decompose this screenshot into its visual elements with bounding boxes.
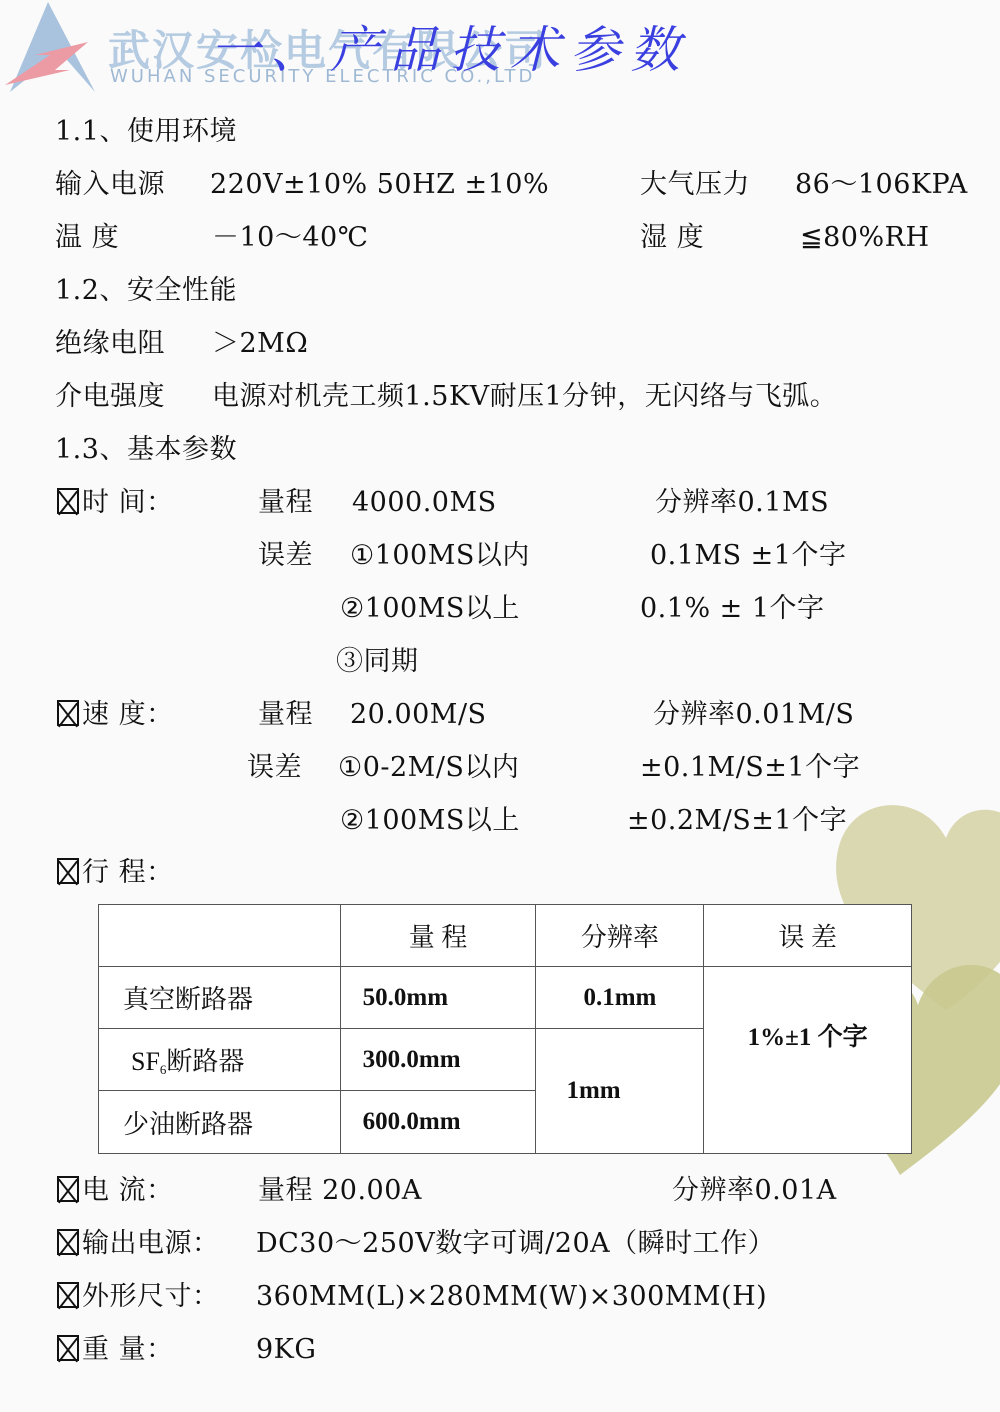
temperature-value: －10～40℃ xyxy=(212,223,368,253)
checkbox-checked-icon xyxy=(57,1176,79,1202)
breaker-type-cell: SF6断路器 xyxy=(99,1029,341,1091)
speed-error-cond-1: ①0-2M/S以内 xyxy=(338,753,519,783)
dimensions-param: 外形尺寸： xyxy=(57,1282,220,1312)
checkbox-checked-icon xyxy=(57,1282,79,1308)
page-title: 一、产品技术参数 xyxy=(210,10,690,82)
checkbox-checked-icon xyxy=(57,1335,79,1361)
input-power-value: 220V±10% 50HZ ±10% xyxy=(210,170,549,200)
time-resolution: 分辨率0.1MS xyxy=(655,488,829,518)
temperature-label: 温 度 xyxy=(55,223,119,253)
speed-error-value-1: ±0.1M/S±1个字 xyxy=(640,753,860,783)
dielectric-value: 电源对机壳工频1.5KV耐压1分钟，无闪络与飞弧。 xyxy=(212,382,837,412)
table-row: 真空断路器 50.0mm 0.1mm 1%±1 个字 xyxy=(99,967,912,1029)
time-range-value: 4000.0MS xyxy=(352,488,497,518)
speed-param: 速 度： xyxy=(57,700,174,730)
table-header-cell: 分辨率 xyxy=(536,905,704,967)
dimensions-value: 360MM(L)×280MM(W)×300MM(H) xyxy=(256,1282,767,1312)
checkbox-checked-icon xyxy=(57,1229,79,1255)
range-cell: 600.0mm xyxy=(340,1091,536,1154)
range-cell: 50.0mm xyxy=(340,967,536,1029)
range-cell: 300.0mm xyxy=(340,1029,536,1091)
time-error-value-2: 0.1% ± 1个字 xyxy=(640,594,825,624)
speed-error-label: 误差 xyxy=(247,753,302,783)
travel-param: 行 程： xyxy=(57,858,174,888)
table-header-cell: 量 程 xyxy=(340,905,536,967)
speed-range-value: 20.00M/S xyxy=(350,700,487,730)
speed-label: 速 度： xyxy=(82,699,174,730)
section-heading-safety: 1.2、安全性能 xyxy=(55,276,237,306)
current-label: 电 流： xyxy=(82,1175,174,1206)
table-header-row: 量 程 分辨率 误 差 xyxy=(99,905,912,967)
travel-label: 行 程： xyxy=(82,857,174,888)
checkbox-checked-icon xyxy=(57,858,79,884)
company-logo-icon xyxy=(0,0,110,100)
speed-error-value-2: ±0.2M/S±1个字 xyxy=(627,806,847,836)
resolution-cell: 0.1mm xyxy=(536,967,704,1029)
time-error-cond-1: ①100MS以内 xyxy=(350,541,530,571)
current-resolution: 分辨率0.01A xyxy=(672,1176,837,1206)
speed-range-label: 量程 xyxy=(258,700,313,730)
error-cell-merged: 1%±1 个字 xyxy=(704,967,912,1154)
table-header-cell: 误 差 xyxy=(704,905,912,967)
insulation-value: ＞2MΩ xyxy=(212,329,308,359)
output-power-label: 输出电源： xyxy=(82,1228,220,1259)
weight-value: 9KG xyxy=(256,1335,316,1365)
pressure-label: 大气压力 xyxy=(640,170,750,200)
humidity-label: 湿 度 xyxy=(640,223,704,253)
breaker-type-cell: 真空断路器 xyxy=(99,967,341,1029)
time-label: 时 间： xyxy=(82,487,174,518)
speed-error-cond-2: ②100MS以上 xyxy=(340,806,520,836)
insulation-label: 绝缘电阻 xyxy=(55,329,165,359)
time-error-cond-2: ②100MS以上 xyxy=(340,594,520,624)
speed-resolution: 分辨率0.01M/S xyxy=(653,700,854,730)
output-power-value: DC30～250V数字可调/20A（瞬时工作） xyxy=(256,1229,775,1259)
breaker-type-cell: 少油断路器 xyxy=(99,1091,341,1154)
travel-spec-table: 量 程 分辨率 误 差 真空断路器 50.0mm 0.1mm 1%±1 个字 S… xyxy=(98,904,912,1154)
time-error-label: 误差 xyxy=(258,541,313,571)
time-param: 时 间： xyxy=(57,488,174,518)
resolution-cell-merged: 1mm xyxy=(536,1029,704,1154)
table-header-cell xyxy=(99,905,341,967)
section-heading-environment: 1.1、使用环境 xyxy=(55,117,237,147)
time-error-cond-3: ③同期 xyxy=(336,647,419,677)
dimensions-label: 外形尺寸： xyxy=(82,1281,220,1312)
weight-param: 重 量： xyxy=(57,1335,174,1365)
pressure-value: 86～106KPA xyxy=(795,170,968,200)
output-power-param: 输出电源： xyxy=(57,1229,220,1259)
humidity-value: ≦80%RH xyxy=(800,223,930,253)
sf-prefix: SF xyxy=(131,1047,160,1076)
time-range-label: 量程 xyxy=(258,488,313,518)
dielectric-label: 介电强度 xyxy=(55,382,165,412)
checkbox-checked-icon xyxy=(57,700,79,726)
checkbox-checked-icon xyxy=(57,488,79,514)
section-heading-basic: 1.3、基本参数 xyxy=(55,435,237,465)
weight-label: 重 量： xyxy=(82,1334,174,1365)
current-range: 量程 20.00A xyxy=(258,1176,422,1206)
input-power-label: 输入电源 xyxy=(55,170,165,200)
breaker-type-text: 断路器 xyxy=(166,1047,244,1076)
current-param: 电 流： xyxy=(57,1176,174,1206)
time-error-value-1: 0.1MS ±1个字 xyxy=(650,541,846,571)
